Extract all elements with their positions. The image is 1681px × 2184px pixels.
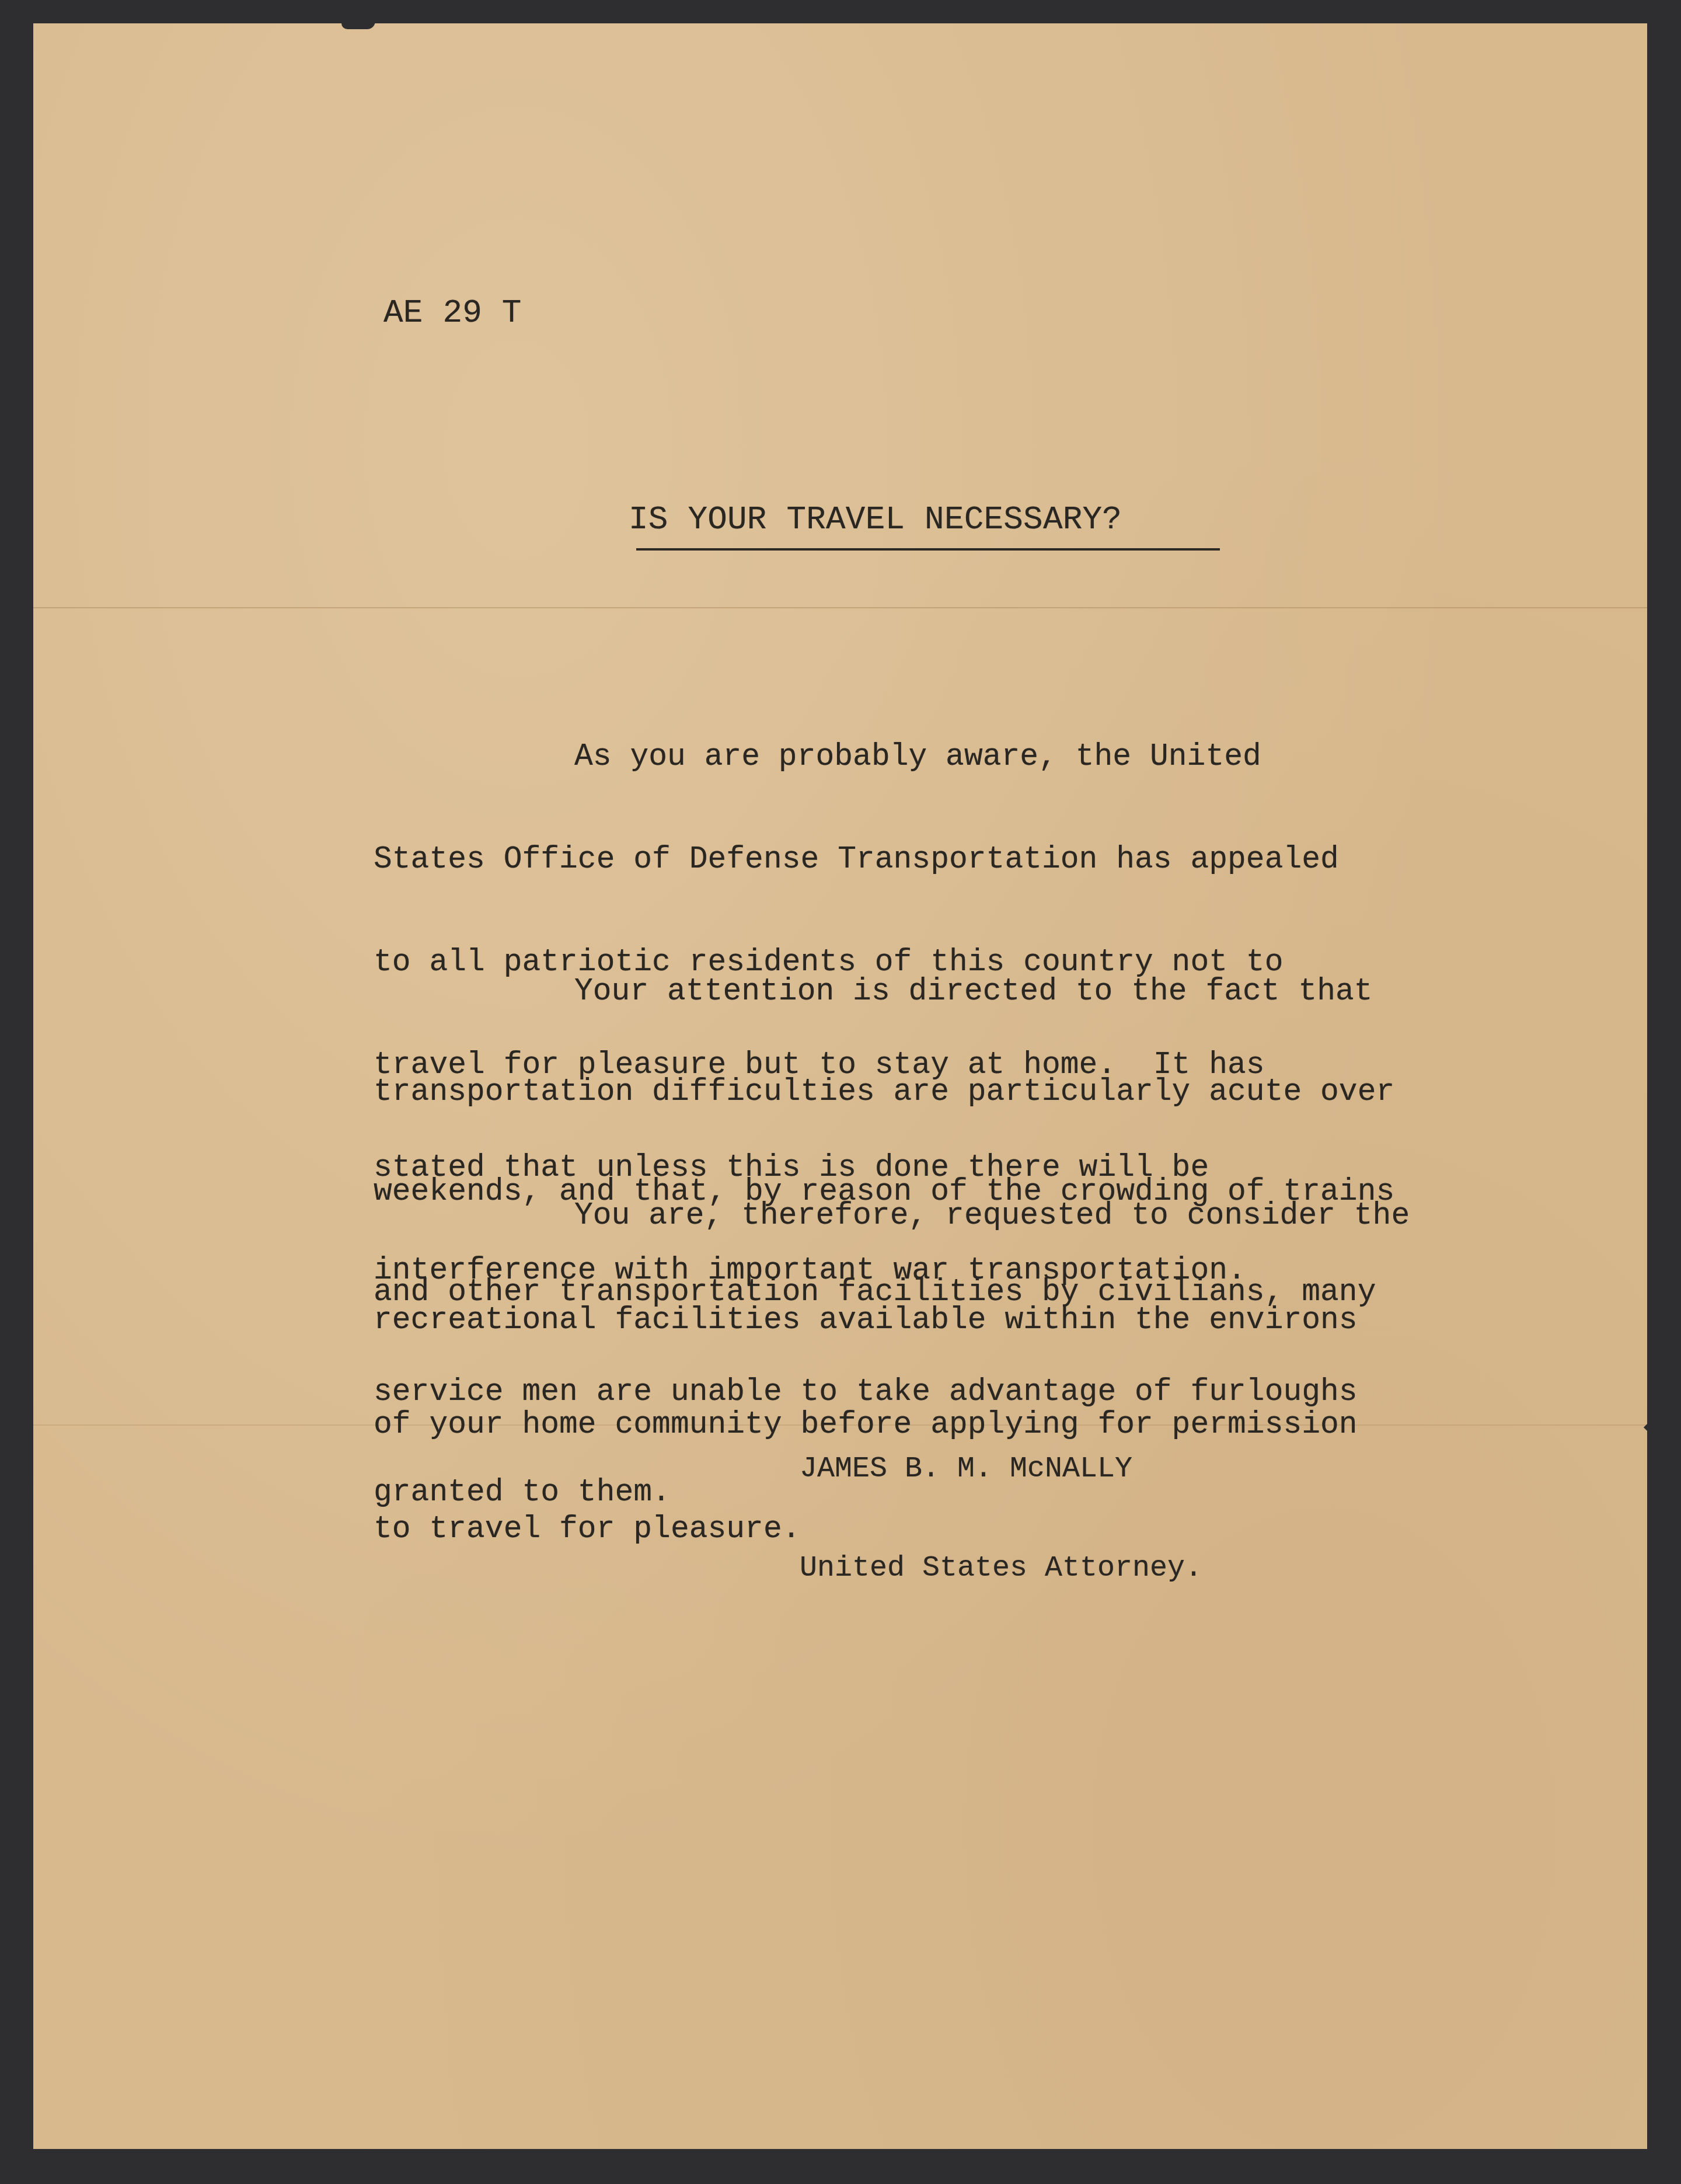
paragraph-line: You are, therefore, requested to conside…	[374, 1199, 1410, 1233]
reference-code: AE 29 T	[383, 297, 522, 329]
document-page: AE 29 T IS YOUR TRAVEL NECESSARY? As you…	[33, 23, 1647, 2149]
document-title: IS YOUR TRAVEL NECESSARY?	[629, 503, 1122, 536]
signatory-name: JAMES B. M. McNALLY	[800, 1453, 1202, 1486]
fold-crease	[33, 607, 1647, 608]
paragraph-line: As you are probably aware, the United	[374, 740, 1339, 773]
scan-edge-mark	[341, 20, 375, 29]
title-underline	[636, 548, 1220, 551]
signatory-title: United States Attorney.	[800, 1552, 1202, 1585]
paragraph-line: Your attention is directed to the fact t…	[374, 977, 1394, 1007]
paragraph-line: States Office of Defense Transportation …	[374, 843, 1339, 876]
signature-block: JAMES B. M. McNALLY United States Attorn…	[800, 1387, 1202, 1652]
paragraph-line: transportation difficulties are particul…	[374, 1077, 1394, 1107]
paragraph-line: recreational facilities available within…	[374, 1303, 1410, 1337]
